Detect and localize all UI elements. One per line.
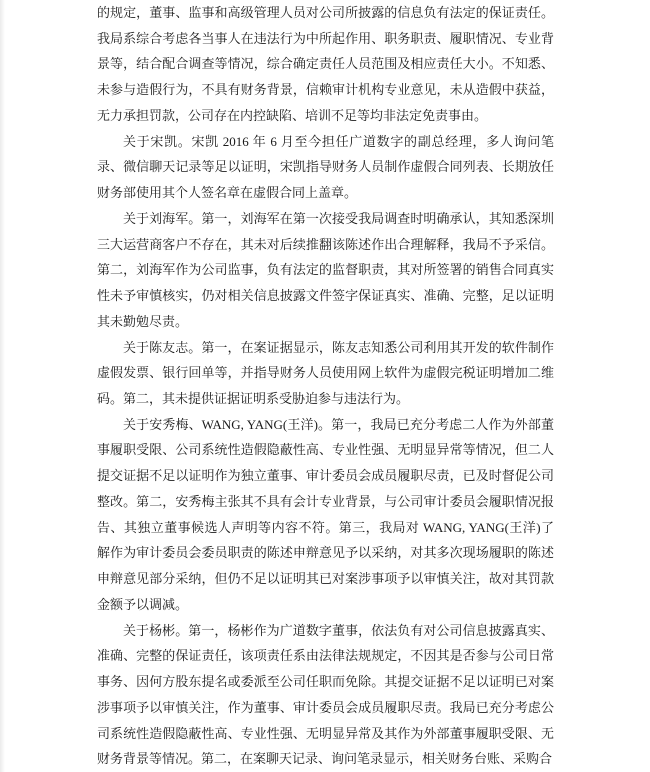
paragraph: 关于陈友志。第一，在案证据显示，陈友志知悉公司利用其开发的软件制作虚假发票、银行… [97,335,554,412]
paragraph: 关于安秀梅、WANG, YANG(王洋)。第一，我局已充分考虑二人作为外部董事履… [97,412,554,618]
document-body: 的规定，董事、监事和高级管理人员对公司所披露的信息负有法定的保证责任。我局系综合… [97,0,554,772]
page-scan-edge [0,0,5,772]
paragraph: 关于杨彬。第一，杨彬作为广道数字董事，依法负有对公司信息披露真实、准确、完整的保… [97,618,554,772]
paragraph: 的规定，董事、监事和高级管理人员对公司所披露的信息负有法定的保证责任。我局系综合… [97,0,554,129]
paragraph: 关于刘海军。第一，刘海军在第一次接受我局调查时明确承认，其知悉深圳三大运营商客户… [97,206,554,335]
scanned-document-screenshot: { "page": { "background": "#ffffff", "te… [0,0,650,772]
paragraph: 关于宋凯。宋凯 2016 年 6 月至今担任广道数字的副总经理，多人询问笔录、微… [97,129,554,206]
document-page: 的规定，董事、监事和高级管理人员对公司所披露的信息负有法定的保证责任。我局系综合… [0,0,650,772]
